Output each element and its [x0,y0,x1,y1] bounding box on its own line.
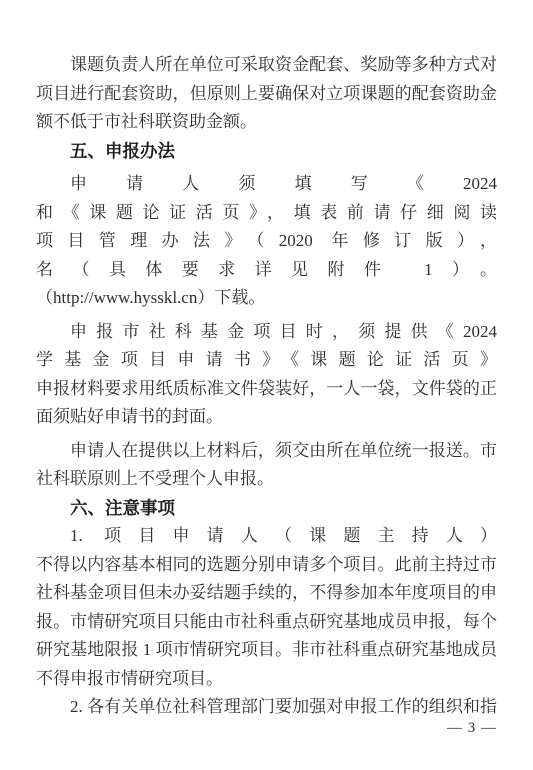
section-heading: 六、注意事项 [36,494,497,523]
text-line: 1. 项目申请人（课题主持人）一次只能申报主持一个项目。 [36,522,497,551]
text-line: 申报材料要求用纸质标准文件袋装好，一人一袋，文件袋的正 [36,375,497,404]
text-line: 报。市情研究项目只能由市社科重点研究基地成员申报，每个 [36,608,497,637]
text-line: （http://www.hysskl.cn）下载。 [36,284,497,313]
text-line: 社科联原则上不受理个人申报。 [36,465,497,494]
text-line: 学基金项目申请书》《课题论证活页》纸质版及电子版各一份。 [36,346,497,375]
text-line: 研究基地限报 1 项市情研究项目。非市社科重点研究基地成员 [36,636,497,665]
text-line: 额不低于市社科联资助金额。 [36,108,497,137]
text-line: 不得申报市情研究项目。 [36,665,497,694]
text-line: 项目管理办法》（2020 年修订版），且须按要求修改电子版文件 [36,227,497,256]
text-line: 申报市社科基金项目时，须提供《2024 年度衡阳市社会科 [36,318,497,347]
text-line: 和《课题论证活页》，填表前请仔细阅读《衡阳市社会科学基金 [36,199,497,228]
text-line: 社科基金项目但未办妥结题手续的，不得参加本年度项目的申 [36,579,497,608]
text-line: 不得以内容基本相同的选题分别申请多个项目。此前主持过市 [36,551,497,580]
text-line: 申请人须填写《2024 年度衡阳市社会科学基金项目申请书》 [36,170,497,199]
section-heading: 五、申报办法 [36,137,497,166]
text-line: 面须贴好申请书的封面。 [36,403,497,432]
page-number: — 3 — [447,720,497,737]
text-line: 名（具体要求详见附件 1）。以上材料请从“衡阳社会科学”网站 [36,256,497,285]
text-line: 申请人在提供以上材料后，须交由所在单位统一报送。市 [36,437,497,466]
text-line: 课题负责人所在单位可采取资金配套、奖励等多种方式对 [36,51,497,80]
document-body: 课题负责人所在单位可采取资金配套、奖励等多种方式对项目进行配套资助，但原则上要确… [36,51,497,722]
document-page: 课题负责人所在单位可采取资金配套、奖励等多种方式对项目进行配套资助，但原则上要确… [0,0,533,770]
text-line: 2. 各有关单位社科管理部门要加强对申报工作的组织和指 [36,693,497,722]
text-line: 项目进行配套资助，但原则上要确保对立项课题的配套资助金 [36,80,497,109]
